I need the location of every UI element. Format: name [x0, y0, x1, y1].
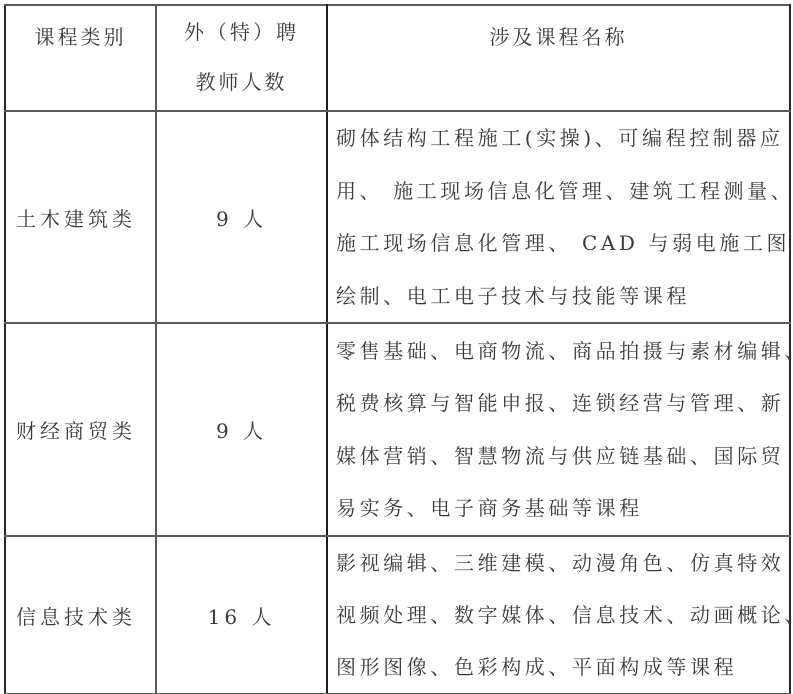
course-teacher-table: 课程类别 外（特）聘 教师人数 涉及课程名称 土木建筑类 9 人 砌体结构工程施… [4, 4, 791, 694]
course-list: 零售基础、电商物流、商品拍摄与素材编辑、 税费核算与智能申报、连锁经营与管理、新… [328, 325, 789, 535]
course-line: 施工现场信息化管理、 CAD 与弱电施工图 [336, 217, 785, 270]
header-cell-teacher-count: 外（特）聘 教师人数 [156, 5, 327, 111]
courses-cell: 零售基础、电商物流、商品拍摄与素材编辑、 税费核算与智能申报、连锁经营与管理、新… [327, 323, 790, 536]
header-teacher-count-line-1: 外（特）聘 [157, 7, 326, 57]
course-line: 影视编辑、三维建模、动漫角色、仿真特效 [336, 537, 785, 589]
header-courses-label: 涉及课程名称 [328, 6, 789, 50]
teacher-count: 16 人 [157, 601, 326, 630]
category-cell: 财经商贸类 [5, 323, 156, 536]
header-teacher-count-label: 外（特）聘 教师人数 [157, 6, 326, 107]
teacher-count-cell: 9 人 [156, 323, 327, 536]
course-list: 影视编辑、三维建模、动漫角色、仿真特效 视频处理、数字媒体、信息技术、动画概论、… [328, 537, 789, 693]
category-cell: 信息技术类 [5, 536, 156, 694]
teacher-count: 9 人 [157, 415, 326, 444]
category-cell: 土木建筑类 [5, 111, 156, 323]
table-row: 土木建筑类 9 人 砌体结构工程施工(实操)、可编程控制器应 用、 施工现场信息… [5, 111, 790, 323]
course-line: 用、 施工现场信息化管理、建筑工程测量、 [336, 165, 785, 218]
header-teacher-count-line-2: 教师人数 [157, 57, 326, 107]
course-line: 易实务、电子商务基础等课程 [336, 482, 785, 535]
header-cell-courses: 涉及课程名称 [327, 5, 790, 111]
course-line: 砌体结构工程施工(实操)、可编程控制器应 [336, 112, 785, 165]
category-name: 信息技术类 [6, 601, 155, 630]
header-cell-category: 课程类别 [5, 5, 156, 111]
courses-cell: 影视编辑、三维建模、动漫角色、仿真特效 视频处理、数字媒体、信息技术、动画概论、… [327, 536, 790, 694]
teacher-count-cell: 9 人 [156, 111, 327, 323]
course-line: 零售基础、电商物流、商品拍摄与素材编辑、 [336, 325, 785, 378]
header-category-label: 课程类别 [6, 6, 155, 50]
teacher-count-cell: 16 人 [156, 536, 327, 694]
course-line: 税费核算与智能申报、连锁经营与管理、新 [336, 377, 785, 430]
table-row: 信息技术类 16 人 影视编辑、三维建模、动漫角色、仿真特效 视频处理、数字媒体… [5, 536, 790, 694]
category-name: 财经商贸类 [6, 415, 155, 444]
course-line: 视频处理、数字媒体、信息技术、动画概论、 [336, 589, 785, 641]
course-line: 图形图像、色彩构成、平面构成等课程 [336, 641, 785, 693]
category-name: 土木建筑类 [6, 203, 155, 232]
course-line: 绘制、电工电子技术与技能等课程 [336, 270, 785, 323]
table-header-row: 课程类别 外（特）聘 教师人数 涉及课程名称 [5, 5, 790, 111]
table-row: 财经商贸类 9 人 零售基础、电商物流、商品拍摄与素材编辑、 税费核算与智能申报… [5, 323, 790, 536]
course-line: 媒体营销、智慧物流与供应链基础、国际贸 [336, 430, 785, 483]
teacher-count: 9 人 [157, 203, 326, 232]
courses-cell: 砌体结构工程施工(实操)、可编程控制器应 用、 施工现场信息化管理、建筑工程测量… [327, 111, 790, 323]
course-list: 砌体结构工程施工(实操)、可编程控制器应 用、 施工现场信息化管理、建筑工程测量… [328, 112, 789, 322]
